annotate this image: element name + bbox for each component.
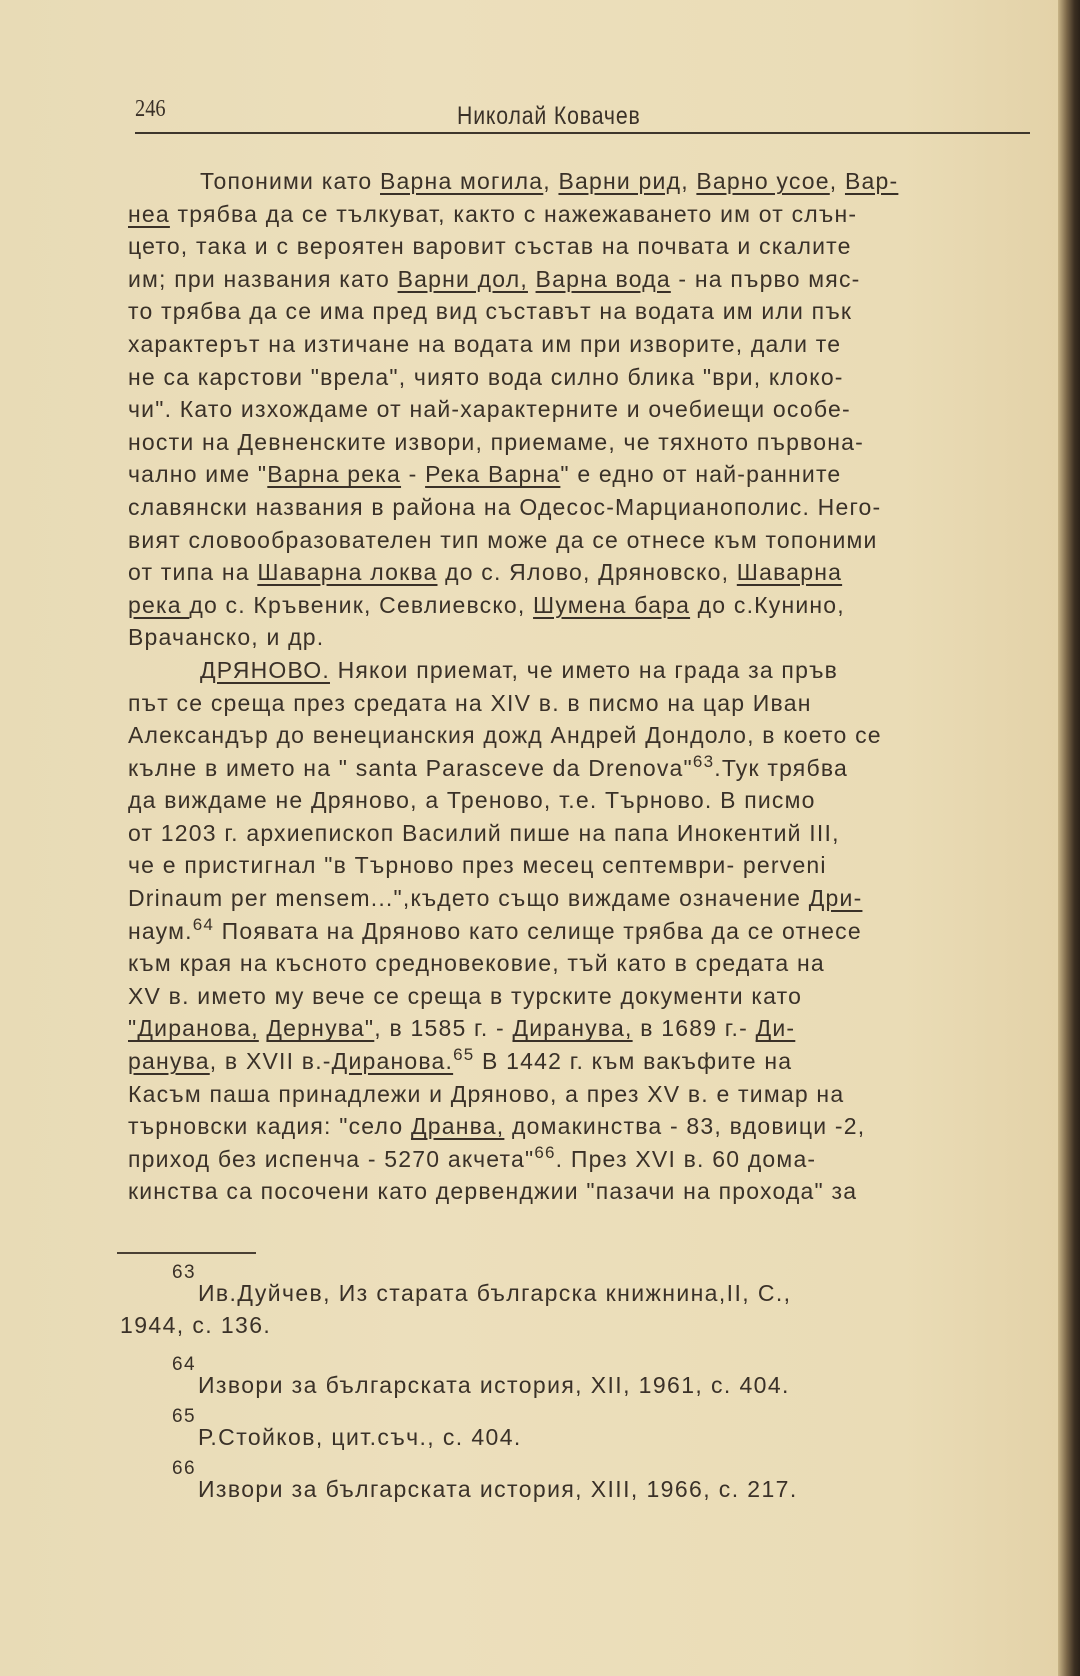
text-line: славянски названия в района на Одесос-Ма…	[128, 491, 1028, 524]
text-line: ности на Девненските извори, приемаме, ч…	[128, 426, 1028, 459]
body-text: Топоними като Варна могила, Варни рид, В…	[128, 165, 1028, 1208]
underlined-toponym: Дри-	[809, 885, 863, 911]
underlined-toponym: Шумена бара	[533, 592, 690, 618]
text-line: им; при названия като Варни дол, Варна в…	[128, 263, 1028, 296]
underlined-toponym: Вар-	[845, 168, 898, 194]
text-segment: цето, така и с вероятен варовит състав н…	[128, 233, 852, 259]
text-segment: ,	[681, 168, 696, 194]
text-line: ранува, в XVII в.-Диранова.65 В 1442 г. …	[128, 1045, 1028, 1078]
footnote-number: 65	[172, 1406, 196, 1428]
underlined-toponym: Варни дол,	[398, 266, 528, 292]
text-segment: Някои приемат, че името на града за пръв	[330, 657, 838, 683]
footnote-ref: 66	[534, 1143, 555, 1162]
text-line: търновски кадия: "село Дранва, домакинст…	[128, 1110, 1028, 1143]
footnote-ref: 65	[453, 1045, 474, 1064]
underlined-toponym: Шаварна	[737, 559, 842, 585]
text-segment: кинства са посочени като дервенджии "паз…	[128, 1178, 857, 1204]
text-line: от 1203 г. архиепископ Василий пише на п…	[128, 817, 1028, 850]
text-segment: Касъм паша принадлежи и Дряново, а през …	[128, 1081, 844, 1107]
text-line: че е пристигнал "в Търново през месец се…	[128, 849, 1028, 882]
text-segment: " е едно от най-ранните	[560, 461, 841, 487]
text-segment: да виждаме не Дряново, а Треново, т.е. Т…	[128, 787, 816, 813]
underlined-toponym: Дернува"	[266, 1015, 374, 1041]
text-segment: вият словообразователен тип може да се о…	[128, 527, 878, 553]
text-segment: не са карстови "врела", чиято вода силно…	[128, 364, 844, 390]
text-line: Drinaum per mensem...",където също вижда…	[128, 882, 1028, 915]
text-line: то трябва да се има пред вид съставът на…	[128, 295, 1028, 328]
underlined-toponym: Варна могила	[380, 168, 543, 194]
text-line: неа трябва да се тълкуват, както с нажеж…	[128, 198, 1028, 231]
text-segment: Топоними като	[200, 168, 380, 194]
book-spine-shadow	[1058, 0, 1080, 1676]
text-line: наум.64 Появата на Дряново като селище т…	[128, 915, 1028, 948]
text-segment: чи". Като изхождаме от най-характерните …	[128, 396, 851, 422]
text-line: път се среща през средата на XIV в. в пи…	[128, 687, 1028, 720]
text-segment: - на първо мяс-	[671, 266, 861, 292]
text-line: от типа на Шаварна локва до с. Ялово, Др…	[128, 556, 1028, 589]
footnote-number: 64	[172, 1354, 196, 1376]
text-line: XV в. името му вече се среща в турските …	[128, 980, 1028, 1013]
text-segment: наум.	[128, 918, 193, 944]
text-segment: ,	[543, 168, 558, 194]
text-segment	[528, 266, 536, 292]
text-segment: , в XVII в.-	[210, 1048, 332, 1074]
footnote-number: 66	[172, 1458, 196, 1480]
underlined-toponym: Ди-	[756, 1015, 796, 1041]
text-line: чи". Като изхождаме от най-характерните …	[128, 393, 1028, 426]
text-segment: .Тук трябва	[714, 755, 848, 781]
text-line: кинства са посочени като дервенджии "паз…	[128, 1175, 1028, 1208]
underlined-toponym: Шаварна локва	[257, 559, 437, 585]
book-page: 246 Николай Ковачев Топоними като Варна …	[0, 0, 1060, 1676]
text-segment: ности на Девненските извори, приемаме, ч…	[128, 429, 864, 455]
underlined-toponym: неа	[128, 201, 170, 227]
text-line: Касъм паша принадлежи и Дряново, а през …	[128, 1078, 1028, 1111]
underlined-toponym: ДРЯНОВО.	[200, 657, 330, 683]
footnote-text: 1944, с. 136.	[120, 1312, 271, 1339]
text-segment: път се среща през средата на XIV в. в пи…	[128, 690, 812, 716]
text-segment: търновски кадия: "село	[128, 1113, 411, 1139]
text-segment: до с.Кунино,	[690, 592, 845, 618]
text-line: Врачанско, и др.	[128, 621, 1028, 654]
text-segment: Александър до венецианския дожд Андрей Д…	[128, 722, 882, 748]
text-segment: славянски названия в района на Одесос-Ма…	[128, 494, 881, 520]
text-line: да виждаме не Дряново, а Треново, т.е. Т…	[128, 784, 1028, 817]
text-line: цето, така и с вероятен варовит състав н…	[128, 230, 1028, 263]
text-segment: че е пристигнал "в Търново през месец се…	[128, 852, 827, 878]
footnote-text: Извори за българската история, XIII, 196…	[198, 1476, 798, 1503]
text-segment: -	[401, 461, 425, 487]
text-segment: XV в. името му вече се среща в турските …	[128, 983, 802, 1009]
footnote-rule	[117, 1252, 256, 1254]
text-line: вият словообразователен тип може да се о…	[128, 524, 1028, 557]
text-segment: , в 1585 г. -	[374, 1015, 512, 1041]
underlined-toponym: Диранова.	[332, 1048, 453, 1074]
text-segment: . През XVI в. 60 дома-	[556, 1146, 817, 1172]
text-segment: в 1689 г.-	[633, 1015, 756, 1041]
text-segment: В 1442 г. към вакъфите на	[474, 1048, 792, 1074]
text-segment: до с. Кръвеник, Севлиевско,	[189, 592, 533, 618]
text-line: Топоними като Варна могила, Варни рид, В…	[128, 165, 1028, 198]
text-segment: домакинства - 83, вдовици -2,	[504, 1113, 865, 1139]
footnote-text: Извори за българската история, XII, 1961…	[198, 1372, 790, 1399]
footnote-text: Р.Стойков, цит.съч., с. 404.	[198, 1424, 522, 1451]
underlined-toponym: Варна вода	[536, 266, 671, 292]
text-segment: им; при названия като	[128, 266, 398, 292]
text-line: ДРЯНОВО. Някои приемат, че името на град…	[128, 654, 1028, 687]
text-line: река до с. Кръвеник, Севлиевско, Шумена …	[128, 589, 1028, 622]
text-segment: чално име "	[128, 461, 267, 487]
underlined-toponym: Диранува,	[512, 1015, 632, 1041]
text-line: не са карстови "врела", чиято вода силно…	[128, 361, 1028, 394]
text-segment: Врачанско, и др.	[128, 624, 324, 650]
text-segment: до с. Ялово, Дряновско,	[438, 559, 737, 585]
running-head-author: Николай Ковачев	[457, 102, 641, 131]
text-segment: кълне в името на " santa Parasceve da Dr…	[128, 755, 693, 781]
text-line: кълне в името на " santa Parasceve da Dr…	[128, 752, 1028, 785]
footnote-ref: 64	[193, 915, 214, 934]
text-segment: към края на късното средновековие, тъй к…	[128, 950, 825, 976]
text-segment: то трябва да се има пред вид съставът на…	[128, 298, 852, 324]
text-segment: трябва да се тълкуват, както с нажежаван…	[170, 201, 857, 227]
page-header: 246 Николай Ковачев	[135, 96, 1030, 134]
text-line: приход без испенча - 5270 акчета"66. Пре…	[128, 1143, 1028, 1176]
text-segment: ,	[830, 168, 845, 194]
text-segment: характерът на изтичане на водата им при …	[128, 331, 841, 357]
text-line: към края на късното средновековие, тъй к…	[128, 947, 1028, 980]
text-line: характерът на изтичане на водата им при …	[128, 328, 1028, 361]
underlined-toponym: ранува	[128, 1048, 210, 1074]
underlined-toponym: Река Варна	[425, 461, 560, 487]
text-line: чално име "Варна река - Река Варна" е ед…	[128, 458, 1028, 491]
underlined-toponym: Дранва,	[411, 1113, 504, 1139]
text-segment: Появата на Дряново като селище трябва да…	[214, 918, 862, 944]
text-segment: Drinaum per mensem...",където също вижда…	[128, 885, 809, 911]
underlined-toponym: река	[128, 592, 189, 618]
underlined-toponym: Варна река	[267, 461, 401, 487]
footnote-ref: 63	[693, 752, 714, 771]
text-segment: приход без испенча - 5270 акчета"	[128, 1146, 534, 1172]
underlined-toponym: Варни рид	[558, 168, 681, 194]
underlined-toponym: Варно усое	[696, 168, 829, 194]
text-segment: от типа на	[128, 559, 257, 585]
text-line: Александър до венецианския дожд Андрей Д…	[128, 719, 1028, 752]
text-line: "Диранова, Дернува", в 1585 г. - Диранув…	[128, 1012, 1028, 1045]
page-number: 246	[135, 96, 166, 123]
footnote-text: Ив.Дуйчев, Из старата българска книжнина…	[198, 1280, 791, 1307]
underlined-toponym: "Диранова,	[128, 1015, 259, 1041]
text-segment: от 1203 г. архиепископ Василий пише на п…	[128, 820, 840, 846]
footnote-number: 63	[172, 1262, 196, 1284]
